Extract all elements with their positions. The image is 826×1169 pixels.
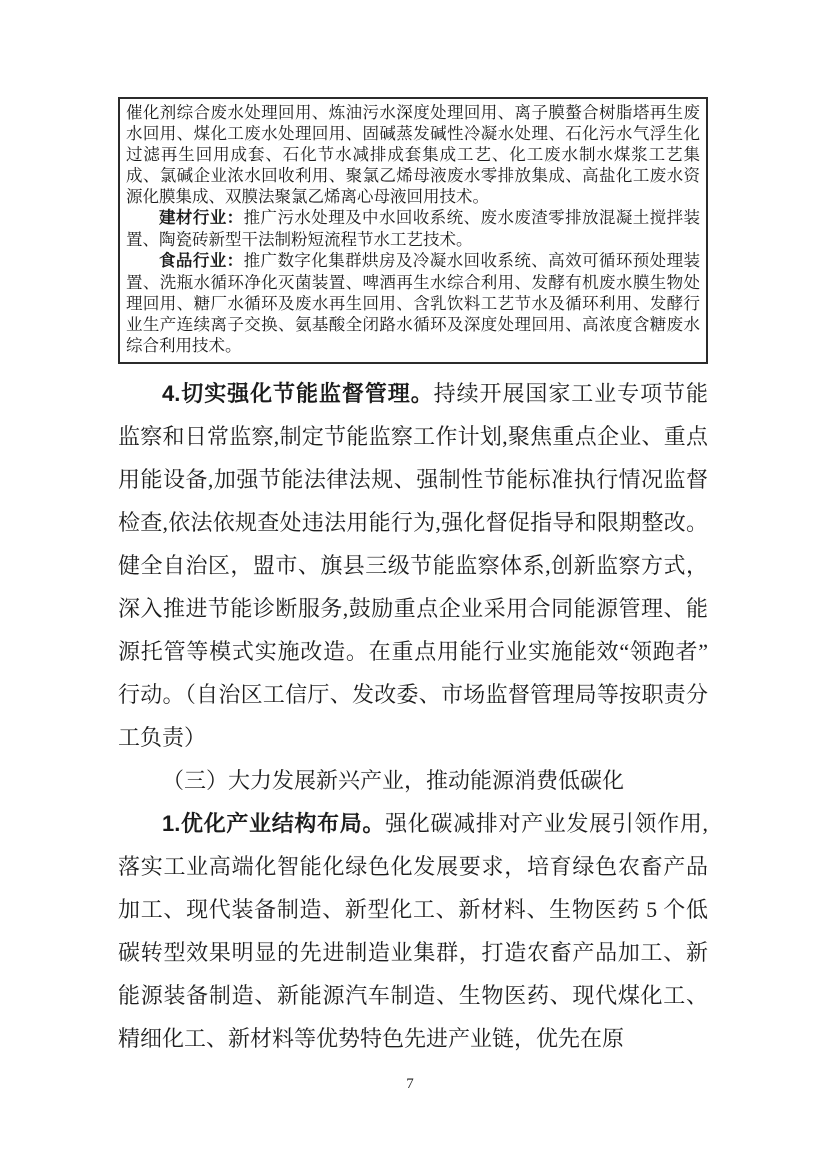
paragraph-industry-structure-text: 强化碳减排对产业发展引领作用,落实工业高端化智能化绿色化发展要求，培育绿色农畜产… xyxy=(118,811,708,1051)
box-paragraph-food-industry: 食品行业：推广数字化集群烘房及冷凝水回收系统、高效可循环预处理装置、洗瓶水循环净… xyxy=(126,250,700,356)
box-paragraph-water-tech-text: 催化剂综合废水处理回用、炼油污水深度处理回用、离子膜螯合树脂塔再生废水回用、煤化… xyxy=(126,103,700,206)
industry-label-food: 食品行业： xyxy=(159,252,244,270)
technology-list-box: 催化剂综合废水处理回用、炼油污水深度处理回用、离子膜螯合树脂塔再生废水回用、煤化… xyxy=(118,97,708,364)
paragraph-industry-structure-lead: 1.优化产业结构布局。 xyxy=(162,811,385,836)
document-page: 催化剂综合废水处理回用、炼油污水深度处理回用、离子膜螯合树脂塔再生废水回用、煤化… xyxy=(0,0,826,1169)
page-content: 催化剂综合废水处理回用、炼油污水深度处理回用、离子膜螯合树脂塔再生废水回用、煤化… xyxy=(118,97,708,1060)
section-heading-3: （三）大力发展新兴产业，推动能源消费低碳化 xyxy=(118,759,708,802)
box-paragraph-building-materials: 建材行业：推广污水处理及中水回收系统、废水废渣零排放混凝土搅拌装置、陶瓷砖新型干… xyxy=(126,207,700,250)
box-paragraph-water-tech: 催化剂综合废水处理回用、炼油污水深度处理回用、离子膜螯合树脂塔再生废水回用、煤化… xyxy=(126,102,700,207)
paragraph-energy-supervision-lead: 4.切实强化节能监督管理。 xyxy=(162,381,434,406)
paragraph-industry-structure: 1.优化产业结构布局。强化碳减排对产业发展引领作用,落实工业高端化智能化绿色化发… xyxy=(118,802,708,1060)
paragraph-energy-supervision: 4.切实强化节能监督管理。持续开展国家工业专项节能监察和日常监察,制定节能监察工… xyxy=(118,372,708,759)
responsibility-note: （自治区工信厅、发改委、市场监督管理局等按职责分工负责） xyxy=(118,682,708,750)
industry-label-building-materials: 建材行业： xyxy=(159,209,244,227)
paragraph-energy-supervision-text: 持续开展国家工业专项节能监察和日常监察,制定节能监察工作计划,聚焦重点企业、重点… xyxy=(118,381,708,707)
page-number: 7 xyxy=(0,1076,820,1093)
